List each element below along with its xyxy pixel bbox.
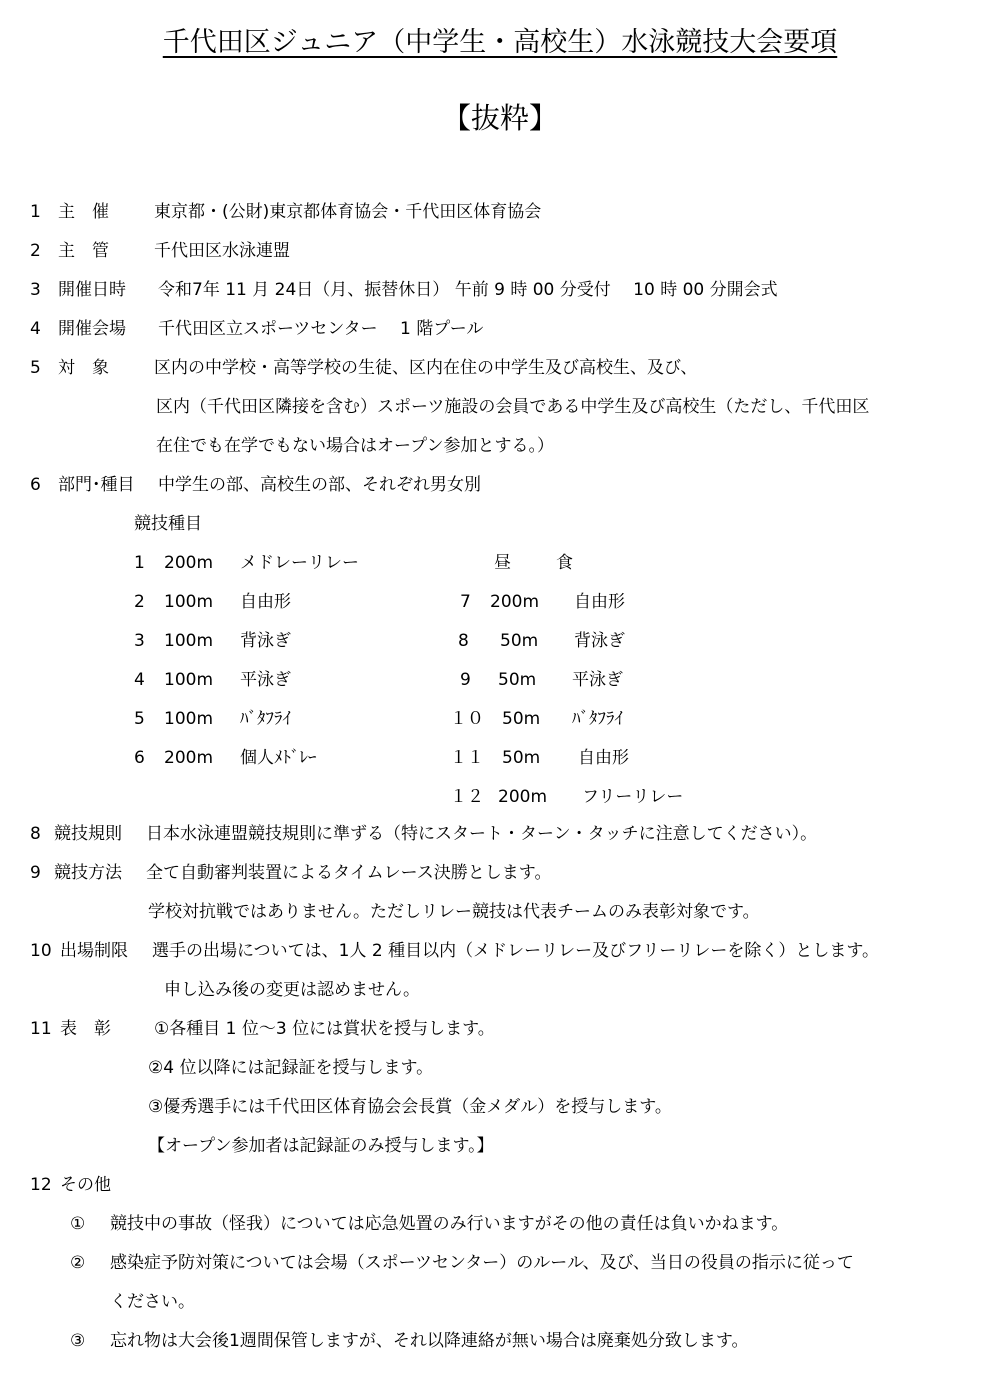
section-label: 主 催 bbox=[58, 201, 109, 223]
section-number: 8 bbox=[30, 823, 41, 845]
event-name: 平泳ぎ bbox=[572, 669, 623, 691]
section-number: 1 bbox=[30, 201, 41, 223]
section-text: 東京都・(公財)東京都体育協会・千代田区体育協会 bbox=[154, 201, 541, 223]
event-distance: 100m bbox=[164, 708, 213, 730]
section-number: 11 bbox=[30, 1018, 52, 1040]
award-line: ③優秀選手には千代田区体育協会会長賞（金メダル）を授与します。 bbox=[148, 1096, 672, 1118]
event-name: 背泳ぎ bbox=[240, 630, 291, 652]
award-line: ②4 位以降には記録証を授与します。 bbox=[148, 1057, 433, 1079]
section-label: 競技規則 bbox=[54, 823, 122, 845]
section-label: その他 bbox=[60, 1174, 111, 1196]
item-mark: ② bbox=[70, 1252, 85, 1274]
event-name: ﾊﾞﾀﾌﾗｲ bbox=[572, 708, 623, 730]
section-text-line: 在住でも在学でもない場合はオープン参加とする。） bbox=[156, 435, 554, 457]
event-distance: 50m bbox=[502, 708, 540, 730]
section-label: 出場制限 bbox=[60, 940, 128, 962]
section-text-line: 区内（千代田区隣接を含む）スポーツ施設の会員である中学生及び高校生（ただし、千代… bbox=[156, 396, 869, 418]
item-text: 競技中の事故（怪我）については応急処置のみ行いますがその他の責任は負いかねます。 bbox=[110, 1213, 788, 1235]
event-name: フリーリレー bbox=[582, 786, 683, 808]
section-number: 9 bbox=[30, 862, 41, 884]
event-number: 5 bbox=[134, 708, 145, 730]
section-number: 2 bbox=[30, 240, 41, 262]
event-distance: 100m bbox=[164, 669, 213, 691]
lunch-char: 食 bbox=[556, 552, 573, 574]
item-mark: ① bbox=[70, 1213, 85, 1235]
section-number: 5 bbox=[30, 357, 41, 379]
event-distance: 50m bbox=[500, 630, 538, 652]
event-distance: 200m bbox=[164, 552, 213, 574]
section-label: 表 彰 bbox=[60, 1018, 111, 1040]
event-number: 7 bbox=[460, 591, 471, 613]
document-subtitle: 【抜粋】 bbox=[0, 96, 1000, 137]
event-name: メドレーリレー bbox=[240, 552, 359, 574]
section-number: 6 bbox=[30, 474, 41, 496]
section-text-line: 申し込み後の変更は認めません。 bbox=[164, 979, 420, 1001]
section-label: 競技方法 bbox=[54, 862, 122, 884]
section-text: 千代田区水泳連盟 bbox=[154, 240, 290, 262]
event-name: 自由形 bbox=[574, 591, 625, 613]
event-name: 自由形 bbox=[578, 747, 629, 769]
event-name: 自由形 bbox=[240, 591, 291, 613]
event-number: 9 bbox=[460, 669, 471, 691]
item-text: 感染症予防対策については会場（スポーツセンター）のルール、及び、当日の役員の指示… bbox=[110, 1252, 854, 1274]
lunch-char: 昼 bbox=[494, 552, 511, 574]
event-distance: 50m bbox=[498, 669, 536, 691]
event-number: １０ bbox=[450, 708, 484, 730]
event-distance: 50m bbox=[502, 747, 540, 769]
section-label: 対 象 bbox=[58, 357, 109, 379]
section-text-line: 全て自動審判装置によるタイムレース決勝とします。 bbox=[146, 862, 551, 884]
section-number: 3 bbox=[30, 279, 41, 301]
event-distance: 200m bbox=[490, 591, 539, 613]
section-number: 12 bbox=[30, 1174, 52, 1196]
event-name: 個人ﾒﾄﾞﾚｰ bbox=[240, 747, 317, 769]
section-text-line: 区内の中学校・高等学校の生徒、区内在住の中学生及び高校生、及び、 bbox=[154, 357, 697, 379]
event-name: 平泳ぎ bbox=[240, 669, 291, 691]
document-title: 千代田区ジュニア（中学生・高校生）水泳競技大会要項 bbox=[0, 20, 1000, 59]
event-name: ﾊﾞﾀﾌﾗｲ bbox=[240, 708, 291, 730]
section-text-line: 学校対抗戦ではありません。ただしリレー競技は代表チームのみ表彰対象です。 bbox=[148, 901, 760, 923]
event-number: 6 bbox=[134, 747, 145, 769]
section-number: 4 bbox=[30, 318, 41, 340]
document-title-text: 千代田区ジュニア（中学生・高校生）水泳競技大会要項 bbox=[163, 27, 837, 58]
event-distance: 100m bbox=[164, 591, 213, 613]
award-line: ①各種目 1 位～3 位には賞状を授与します。 bbox=[154, 1018, 495, 1040]
section-label: 開催日時 bbox=[58, 279, 126, 301]
award-line: 【オープン参加者は記録証のみ授与します。】 bbox=[148, 1135, 494, 1157]
event-number: 1 bbox=[134, 552, 145, 574]
event-distance: 200m bbox=[498, 786, 547, 808]
section-text: 令和7年 11 月 24日（月、振替休日） 午前 9 時 00 分受付 10 時… bbox=[158, 279, 778, 301]
item-text: 忘れ物は大会後1週間保管しますが、それ以降連絡が無い場合は廃棄処分致します。 bbox=[110, 1330, 748, 1352]
events-heading: 競技種目 bbox=[134, 513, 202, 535]
event-distance: 200m bbox=[164, 747, 213, 769]
item-mark: ③ bbox=[70, 1330, 85, 1352]
event-number: １２ bbox=[450, 786, 484, 808]
event-number: 3 bbox=[134, 630, 145, 652]
section-text: 千代田区立スポーツセンター 1 階プール bbox=[158, 318, 483, 340]
section-number: 10 bbox=[30, 940, 52, 962]
section-text-line: 選手の出場については、1人 2 種目以内（メドレーリレー及びフリーリレーを除く）… bbox=[152, 940, 879, 962]
event-name: 背泳ぎ bbox=[574, 630, 625, 652]
section-label: 開催会場 bbox=[58, 318, 126, 340]
event-number: １１ bbox=[450, 747, 484, 769]
event-number: 2 bbox=[134, 591, 145, 613]
event-number: 8 bbox=[458, 630, 469, 652]
event-number: 4 bbox=[134, 669, 145, 691]
item-text: ください。 bbox=[110, 1291, 195, 1313]
section-text: 日本水泳連盟競技規則に準ずる（特にスタート・ターン・タッチに注意してください）。 bbox=[146, 823, 817, 845]
event-distance: 100m bbox=[164, 630, 213, 652]
section-text: 中学生の部、高校生の部、それぞれ男女別 bbox=[158, 474, 481, 496]
section-label: 部門･種目 bbox=[58, 474, 135, 496]
section-label: 主 管 bbox=[58, 240, 109, 262]
